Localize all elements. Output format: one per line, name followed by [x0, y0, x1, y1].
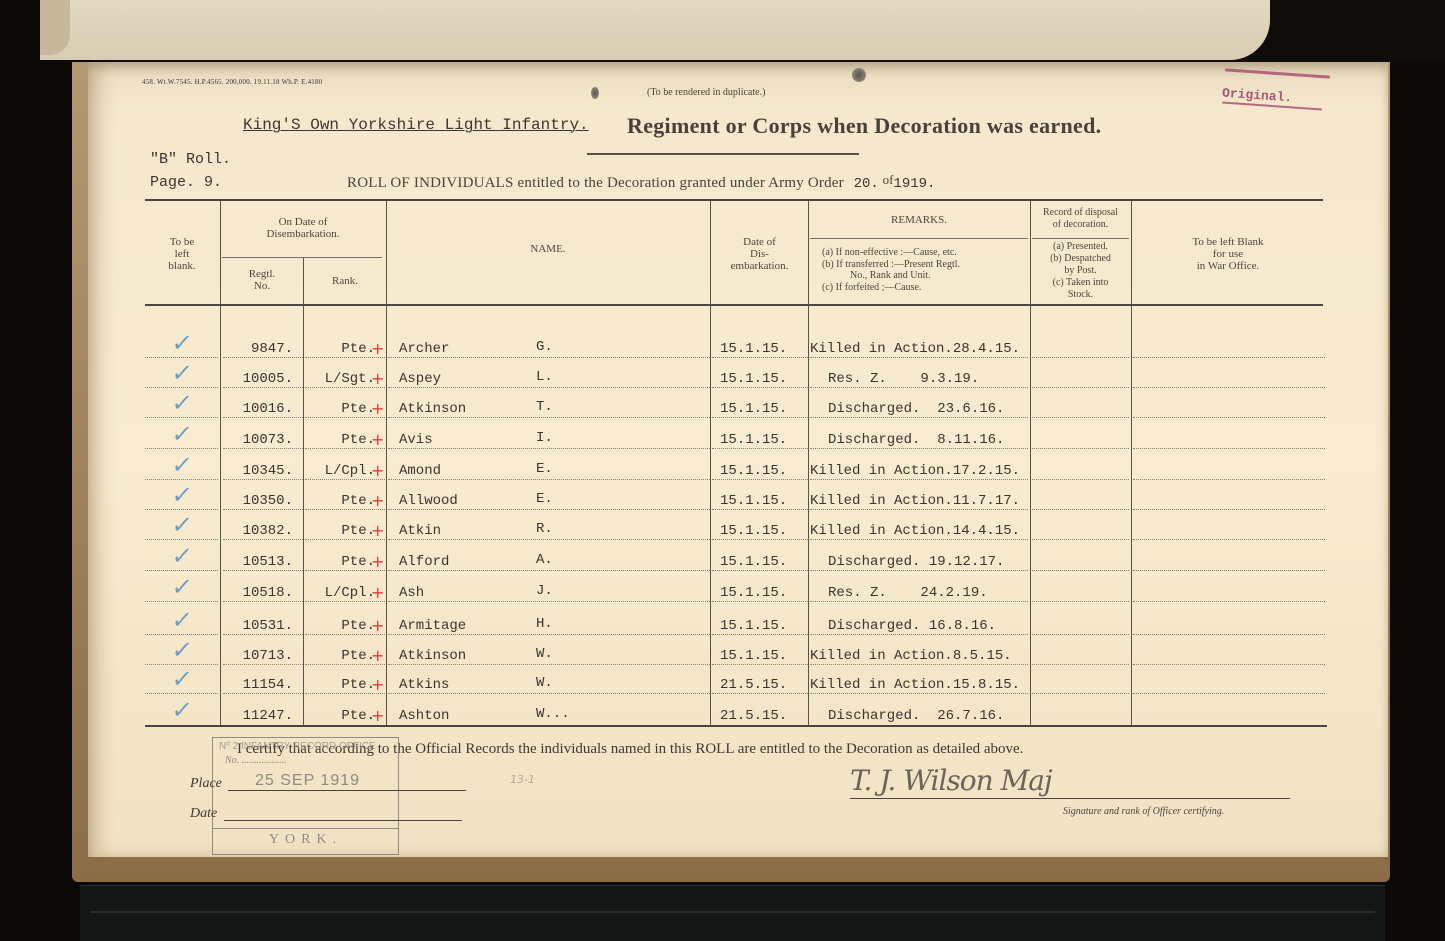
header-disposal-notes: (a) Presented. (b) Despatched by Post. (… [1034, 241, 1127, 301]
header-line: left [146, 248, 218, 260]
checkmark-icon: ✓ [170, 667, 193, 691]
punch-hole [852, 68, 866, 82]
army-order-no: 20. [854, 176, 879, 192]
header-line: On Date of [222, 216, 384, 228]
header-line: No. [222, 280, 302, 292]
rank: Pte. [341, 341, 375, 357]
table-row: ✓ 10016. Pte. + Atkinson T. 15.1.15. Dis… [145, 397, 1325, 427]
header-line: Stock. [1034, 289, 1127, 301]
header-rank: Rank. [305, 275, 385, 287]
remarks: Discharged. 8.11.16. [828, 432, 1004, 448]
rank: Pte. [341, 677, 375, 693]
regtl-no: 10345. [243, 463, 293, 479]
remarks: Killed in Action.14.4.15. [810, 523, 1020, 539]
table-row: ✓ 10005. L/Sgt. + Aspey L. 15.1.15. Res.… [145, 367, 1325, 397]
checkmark-icon: ✓ [170, 453, 193, 477]
surname: Atkinson [399, 648, 466, 664]
rank: L/Cpl. [325, 585, 375, 601]
table-header-rule [145, 304, 1323, 306]
disembarkation-date: 15.1.15. [720, 371, 787, 387]
header-line: (a) If non-effective :—Cause, etc. [822, 247, 960, 259]
table-row: ✓ 10350. Pte. + Allwood E. 15.1.15. Kill… [145, 489, 1325, 519]
regtl-no: 10513. [243, 554, 293, 570]
remarks: Killed in Action.11.7.17. [810, 493, 1020, 509]
red-cross-mark-icon: + [371, 616, 384, 635]
regtl-no: 10073. [243, 432, 293, 448]
header-line: embarkation. [712, 260, 807, 272]
remarks: Killed in Action.17.2.15. [810, 463, 1020, 479]
checkmark-icon: ✓ [170, 331, 193, 355]
header-line: in War Office. [1133, 260, 1323, 272]
header-line: To be [146, 236, 218, 248]
folded-upper-page [40, 0, 1270, 60]
red-cross-mark-icon: + [371, 552, 384, 571]
initial: T. [536, 399, 553, 415]
checkmark-icon: ✓ [170, 391, 193, 415]
rank: Pte. [341, 618, 375, 634]
initial: E. [536, 491, 553, 507]
stamp-office: Nº 2 INFANTRY RECORD OFFICE [219, 741, 398, 752]
header-line: for use [1133, 248, 1323, 260]
header-line: (b) Despatched [1034, 253, 1127, 265]
regtl-no: 10016. [243, 401, 293, 417]
table-row: ✓ 9847. Pte. + Archer G. 15.1.15. Killed… [145, 337, 1325, 367]
header-line: Record of disposal [1032, 207, 1129, 219]
surname: Atkins [399, 677, 449, 693]
regtl-no: 11154. [243, 677, 293, 693]
initial: L. [536, 369, 553, 385]
header-line: blank. [146, 260, 218, 272]
subheader-rule [222, 257, 382, 258]
surname: Armitage [399, 618, 466, 634]
place-label: Place [190, 776, 222, 792]
roll-title-text: ROLL OF INDIVIDUALS entitled to the Deco… [347, 175, 844, 191]
stamp-no: No. .................. [225, 755, 398, 766]
pencil-note: 13-1 [510, 773, 535, 786]
disembarkation-date: 15.1.15. [720, 618, 787, 634]
remarks: Discharged. 23.6.16. [828, 401, 1004, 417]
checkmark-icon: ✓ [170, 483, 193, 507]
header-line: Dis- [712, 248, 807, 260]
rank: Pte. [341, 554, 375, 570]
table-row: ✓ 10382. Pte. + Atkin R. 15.1.15. Killed… [145, 519, 1325, 549]
red-cross-mark-icon: + [371, 461, 384, 480]
initial: H. [536, 616, 553, 632]
roll-title: ROLL OF INDIVIDUALS entitled to the Deco… [347, 172, 935, 192]
header-to-be-left-blank: To be left blank. [146, 236, 218, 272]
disembarkation-date: 15.1.15. [720, 432, 787, 448]
initial: R. [536, 521, 553, 537]
army-order-year: 1919. [893, 176, 935, 192]
roll-label: "B" Roll. [150, 151, 231, 168]
army-order-of: of [883, 172, 894, 187]
punch-hole [591, 87, 599, 99]
table-row: ✓ 10518. L/Cpl. + Ash J. 15.1.15. Res. Z… [145, 581, 1325, 611]
disembarkation-date: 15.1.15. [720, 648, 787, 664]
disembarkation-date: 15.1.15. [720, 585, 787, 601]
remarks: Discharged. 19.12.17. [828, 554, 1004, 570]
surname: Atkin [399, 523, 441, 539]
checkmark-icon: ✓ [170, 513, 193, 537]
date-field-line [224, 820, 462, 821]
red-cross-mark-icon: + [371, 521, 384, 540]
regtl-no: 10382. [243, 523, 293, 539]
duplicate-note: (To be rendered in duplicate.) [647, 87, 765, 98]
stamp-date: 25 SEP 1919 [255, 772, 398, 790]
stamp-place: YORK. [213, 832, 398, 848]
initial: J. [536, 583, 553, 599]
regiment-typed: King'S Own Yorkshire Light Infantry. [243, 116, 589, 134]
remarks: Killed in Action.8.5.15. [810, 648, 1012, 664]
disembarkation-date: 21.5.15. [720, 708, 787, 724]
rank: Pte. [341, 523, 375, 539]
signature-caption: Signature and rank of Officer certifying… [1063, 806, 1224, 817]
regtl-no: 10518. [243, 585, 293, 601]
red-cross-mark-icon: + [371, 491, 384, 510]
regtl-no: 9847. [251, 341, 293, 357]
header-remarks: REMARKS. [810, 214, 1028, 226]
remarks: Killed in Action.15.8.15. [810, 677, 1020, 693]
rank: Pte. [341, 493, 375, 509]
red-cross-mark-icon: + [371, 646, 384, 665]
initial: W. [536, 646, 553, 662]
table-row: ✓ 11154. Pte. + Atkins W. 21.5.15. Kille… [145, 673, 1325, 703]
disembarkation-date: 21.5.15. [720, 677, 787, 693]
heading-rule [587, 153, 859, 155]
remarks: Discharged. 26.7.16. [828, 708, 1004, 724]
rank: Pte. [341, 401, 375, 417]
remarks: Res. Z. 24.2.19. [828, 585, 988, 601]
disembarkation-date: 15.1.15. [720, 493, 787, 509]
header-on-date-of-disembarkation: On Date of Disembarkation. [222, 216, 384, 240]
header-regtl-no: Regtl. No. [222, 268, 302, 292]
red-cross-mark-icon: + [371, 369, 384, 388]
header-line: To be left Blank [1133, 236, 1323, 248]
header-line: (c) Taken into [1034, 277, 1127, 289]
rank: Pte. [341, 708, 375, 724]
rank: L/Cpl. [325, 463, 375, 479]
header-line: Regtl. [222, 268, 302, 280]
header-name: NAME. [388, 243, 708, 255]
table-row: ✓ 10713. Pte. + Atkinson W. 15.1.15. Kil… [145, 644, 1325, 674]
disembarkation-date: 15.1.15. [720, 401, 787, 417]
book-cover-bottom [80, 885, 1385, 941]
print-code: 458. Wt.W.7545. H.P.4565. 200,000. 19.11… [142, 78, 322, 86]
checkmark-icon: ✓ [170, 608, 193, 632]
table-row: ✓ 10073. Pte. + Avis I. 15.1.15. Dischar… [145, 428, 1325, 458]
disembarkation-date: 15.1.15. [720, 554, 787, 570]
header-line: (a) Presented. [1034, 241, 1127, 253]
header-line: of decoration. [1032, 219, 1129, 231]
checkmark-icon: ✓ [170, 638, 193, 662]
regtl-no: 10531. [243, 618, 293, 634]
surname: Allwood [399, 493, 458, 509]
rank: L/Sgt. [325, 371, 375, 387]
checkmark-icon: ✓ [170, 361, 193, 385]
subheader-rule [810, 238, 1028, 239]
regtl-no: 10350. [243, 493, 293, 509]
page-label: Page. 9. [150, 174, 222, 191]
book-cover-right [1385, 60, 1445, 941]
surname: Alford [399, 554, 449, 570]
header-date-of-disembarkation: Date of Dis- embarkation. [712, 236, 807, 272]
surname: Amond [399, 463, 441, 479]
header-line: Date of [712, 236, 807, 248]
header-line: (b) If transferred :—Present Regtl. [822, 259, 960, 271]
surname: Aspey [399, 371, 441, 387]
red-cross-mark-icon: + [371, 339, 384, 358]
surname: Atkinson [399, 401, 466, 417]
regtl-no: 10713. [243, 648, 293, 664]
surname: Archer [399, 341, 449, 357]
red-cross-mark-icon: + [371, 430, 384, 449]
checkmark-icon: ✓ [170, 575, 193, 599]
header-line: No., Rank and Unit. [822, 270, 960, 282]
initial: I. [536, 430, 553, 446]
header-remarks-notes: (a) If non-effective :—Cause, etc. (b) I… [822, 247, 960, 293]
initial: W. [536, 675, 553, 691]
initial: W... [536, 706, 570, 722]
table-row: ✓ 10513. Pte. + Alford A. 15.1.15. Disch… [145, 550, 1325, 580]
regiment-heading: Regiment or Corps when Decoration was ea… [627, 113, 1101, 139]
checkmark-icon: ✓ [170, 544, 193, 568]
checkmark-icon: ✓ [170, 698, 193, 722]
header-record-of-disposal: Record of disposal of decoration. [1032, 207, 1129, 231]
remarks: Killed in Action.28.4.15. [810, 341, 1020, 357]
header-war-office: To be left Blank for use in War Office. [1133, 236, 1323, 272]
disembarkation-date: 15.1.15. [720, 523, 787, 539]
initial: A. [536, 552, 553, 568]
regtl-no: 10005. [243, 371, 293, 387]
red-cross-mark-icon: + [371, 675, 384, 694]
header-line: (c) If forfeited ;—Cause. [822, 282, 960, 294]
initial: G. [536, 339, 553, 355]
header-line: by Post. [1034, 265, 1127, 277]
table-top-rule [145, 199, 1323, 201]
table-row: ✓ 10531. Pte. + Armitage H. 15.1.15. Dis… [145, 614, 1325, 644]
red-cross-mark-icon: + [371, 399, 384, 418]
subheader-rule [1032, 238, 1129, 239]
place-field-line [228, 790, 466, 791]
checkmark-icon: ✓ [170, 422, 193, 446]
red-cross-mark-icon: + [371, 583, 384, 602]
record-office-stamp: Nº 2 INFANTRY RECORD OFFICE No. ........… [212, 737, 399, 855]
disembarkation-date: 15.1.15. [720, 341, 787, 357]
officer-signature: T. J. Wilson Maj [850, 764, 1052, 797]
disembarkation-date: 15.1.15. [720, 463, 787, 479]
remarks: Res. Z. 9.3.19. [828, 371, 979, 387]
surname: Ashton [399, 708, 449, 724]
initial: E. [536, 461, 553, 477]
rank: Pte. [341, 648, 375, 664]
table-row: ✓ 11247. Pte. + Ashton W... 21.5.15. Dis… [145, 704, 1325, 734]
rank: Pte. [341, 432, 375, 448]
signature-line [850, 798, 1290, 799]
header-line: Disembarkation. [222, 228, 384, 240]
date-label: Date [190, 806, 217, 822]
regtl-no: 11247. [243, 708, 293, 724]
surname: Ash [399, 585, 424, 601]
table-row: ✓ 10345. L/Cpl. + Amond E. 15.1.15. Kill… [145, 459, 1325, 489]
remarks: Discharged. 16.8.16. [828, 618, 996, 634]
red-cross-mark-icon: + [371, 706, 384, 725]
surname: Avis [399, 432, 433, 448]
